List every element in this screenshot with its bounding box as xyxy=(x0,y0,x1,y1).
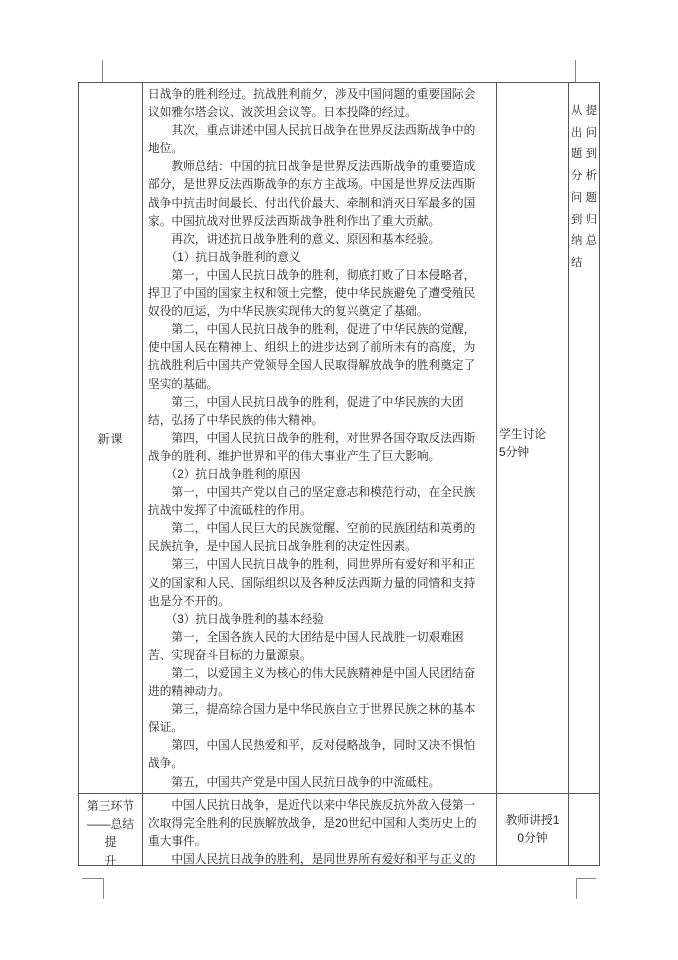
body-text-line: 第二，以爱国主义为核心的伟大民族精神是中国人民团结奋 xyxy=(148,665,491,683)
body-text-line: 第一，中国共产党以自己的坚定意志和模范行动，在全民族 xyxy=(148,484,491,502)
stage-text-line: 提 xyxy=(79,833,142,851)
body-text-line: 民族抗争，是中国人民抗日战争胜利的决定性因素。 xyxy=(148,538,491,556)
body-text-line: （2）抗日战争胜利的原因 xyxy=(148,466,491,484)
method-text-line: 0分钟 xyxy=(497,830,568,848)
note-cell-empty xyxy=(569,794,599,865)
body-text-line: 再次，讲述抗日战争胜利的意义、原因和基本经验。 xyxy=(148,231,491,249)
lesson-plan-table: 新课 日战争的胜利经过。抗战胜利前夕，涉及中国问题的重要国际会议如雅尔塔会议、波… xyxy=(78,82,600,866)
note-text-line: 分析 xyxy=(571,166,597,188)
body-text-line: 第二，中国人民巨大的民族觉醒、空前的民族团结和英勇的 xyxy=(148,520,491,538)
body-text-line: 苦、实现奋斗目标的力量源泉。 xyxy=(148,647,491,665)
method-text-line: 5分钟 xyxy=(499,443,568,461)
note-cell-question-process: 从提出问题到分析问题到归纳总结 xyxy=(569,83,599,794)
body-text-line: 抗战胜利后中国共产党领导全国人民取得解放战争的胜利奠定了 xyxy=(148,357,491,375)
body-text-line: （1）抗日战争胜利的意义 xyxy=(148,249,491,267)
body-text-line: 坚实的基础。 xyxy=(148,376,491,394)
body-text-line: 家。中国抗战对世界反法西斯战争胜利作出了重大贡献。 xyxy=(148,213,491,231)
body-text-line: 议如雅尔塔会议、波茨坦会议等。日本投降的经过。 xyxy=(148,104,491,122)
body-text-line: 中国人民抗日战争的胜利，是同世界所有爱好和平与正义的 xyxy=(148,851,491,865)
note-text-line: 题到 xyxy=(571,144,597,166)
note-text-line: 从提 xyxy=(571,101,597,123)
body-text-line: 战争中抗击时间最长、付出代价最大、牵制和消灭日军最多的国 xyxy=(148,195,491,213)
stage-text-line: 第三环节 xyxy=(79,797,142,815)
stage-cell-new-lesson: 新课 xyxy=(79,83,143,794)
body-text-line: 进的精神动力。 xyxy=(148,683,491,701)
body-text-line: 义的国家和人民、国际组织以及各种反法西斯力量的同情和支持 xyxy=(148,575,491,593)
stage-label: 新课 xyxy=(97,430,123,447)
body-text-line: 第一，中国人民抗日战争的胜利，彻底打败了日本侵略者， xyxy=(148,267,491,285)
margin-mark-bottom-left xyxy=(82,878,104,899)
body-text-line: 战争的胜利、维护世界和平的伟大事业产生了巨大影响。 xyxy=(148,448,491,466)
body-text-line: 中国人民抗日战争，是近代以来中华民族反抗外敌入侵第一 xyxy=(148,797,491,815)
body-text-line: 战争。 xyxy=(148,755,491,773)
body-text-line: 使中国人民在精神上、组织上的进步达到了前所未有的高度，为 xyxy=(148,339,491,357)
body-text-line: （3）抗日战争胜利的基本经验 xyxy=(148,611,491,629)
body-text-line: 第四，中国人民抗日战争的胜利，对世界各国夺取反法西斯 xyxy=(148,430,491,448)
body-text-line: 第三，中国人民抗日战争的胜利，同世界所有爱好和平和正 xyxy=(148,556,491,574)
body-text-line: 部分，是世界反法西斯战争的东方主战场。中国是世界反法西斯 xyxy=(148,176,491,194)
margin-mark-bottom-right xyxy=(576,878,596,899)
stage-cell-summary: 第三环节——总结提升 xyxy=(79,794,143,865)
margin-mark-top-right xyxy=(575,60,576,82)
body-text-line: 结，弘扬了中华民族的伟大精神。 xyxy=(148,412,491,430)
body-text-line: 日战争的胜利经过。抗战胜利前夕，涉及中国问题的重要国际会 xyxy=(148,86,491,104)
method-text-line: 学生讨论 xyxy=(499,425,568,443)
note-text-line: 出问 xyxy=(571,123,597,145)
body-text-line: 保证。 xyxy=(148,719,491,737)
body-text-line: 重大事件。 xyxy=(148,833,491,851)
body-text-line: 第一，全国各族人民的大团结是中国人民战胜一切艰难困 xyxy=(148,629,491,647)
note-text-line: 问题 xyxy=(571,188,597,210)
note-text-line: 到归 xyxy=(571,210,597,232)
body-text-line: 第四，中国人民热爱和平，反对侵略战争，同时又决不惧怕 xyxy=(148,737,491,755)
stage-text-line: ——总结 xyxy=(79,815,142,833)
method-cell-student-discussion: 学生讨论5分钟 xyxy=(497,83,569,794)
body-text-line: 教师总结：中国的抗日战争是世界反法西斯战争的重要造成 xyxy=(148,158,491,176)
margin-mark-top-left xyxy=(102,60,103,82)
body-text-line: 捍卫了中国的国家主权和领土完整，使中华民族避免了遭受殖民 xyxy=(148,285,491,303)
body-text-line: 第五，中国共产党是中国人民抗日战争的中流砥柱。 xyxy=(148,774,491,792)
stage-text-line: 升 xyxy=(79,852,142,865)
method-text-line: 教师讲授1 xyxy=(497,812,568,830)
body-text-line: 第三，中国人民抗日战争的胜利，促进了中华民族的大团 xyxy=(148,394,491,412)
note-text-line: 结 xyxy=(571,253,597,275)
note-text-line: 纳总 xyxy=(571,231,597,253)
body-text-line: 抗战中发挥了中流砥柱的作用。 xyxy=(148,502,491,520)
body-text-line: 地位。 xyxy=(148,140,491,158)
body-text-line: 奴役的厄运，为中华民族实现伟大的复兴奠定了基础。 xyxy=(148,303,491,321)
body-text-line: 第二，中国人民抗日战争的胜利，促进了中华民族的觉醒， xyxy=(148,321,491,339)
body-text-line: 其次，重点讲述中国人民抗日战争在世界反法西斯战争中的 xyxy=(148,122,491,140)
content-cell-summary: 中国人民抗日战争，是近代以来中华民族反抗外敌入侵第一次取得完全胜利的民族解放战争… xyxy=(143,794,497,865)
body-text-line: 次取得完全胜利的民族解放战争，是20世纪中国和人类历史上的 xyxy=(148,815,491,833)
document-page: 新课 日战争的胜利经过。抗战胜利前夕，涉及中国问题的重要国际会议如雅尔塔会议、波… xyxy=(0,0,678,960)
body-text-line: 也是分不开的。 xyxy=(148,593,491,611)
method-cell-teacher-lecture: 教师讲授10分钟 xyxy=(497,794,569,865)
body-text-line: 第三，提高综合国力是中华民族自立于世界民族之林的基本 xyxy=(148,701,491,719)
content-cell-new-lesson: 日战争的胜利经过。抗战胜利前夕，涉及中国问题的重要国际会议如雅尔塔会议、波茨坦会… xyxy=(143,83,497,794)
